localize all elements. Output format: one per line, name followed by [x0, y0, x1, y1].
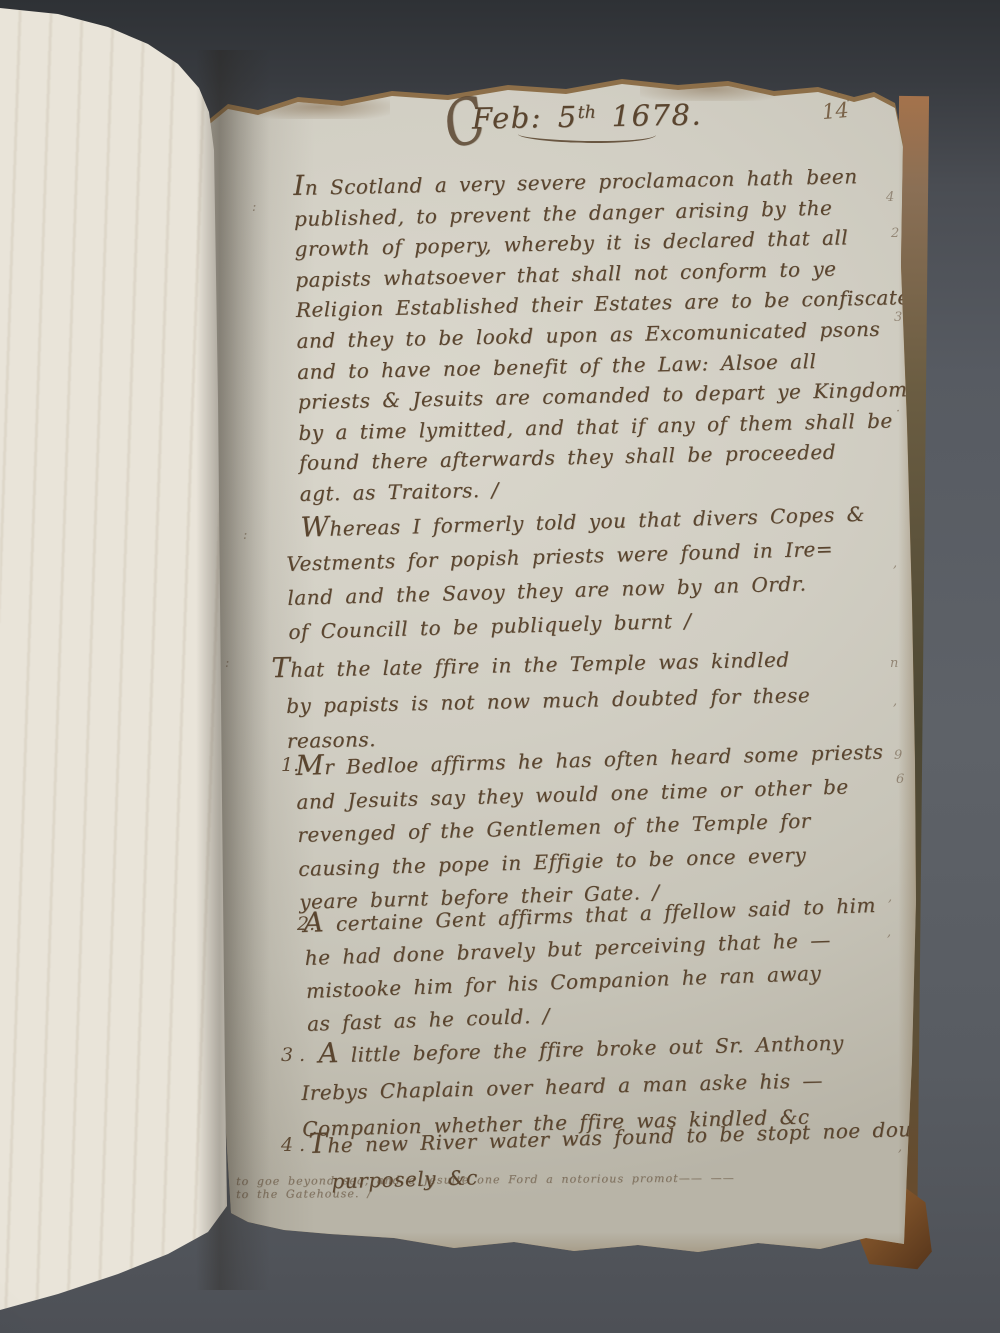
- margin-ink-mark: :: [225, 656, 229, 671]
- margin-ink-mark: ·: [846, 94, 850, 109]
- margin-ink-mark: n: [890, 656, 898, 671]
- margin-ink-mark: ,: [893, 694, 897, 709]
- margin-ink-mark: ,: [887, 925, 891, 940]
- margin-ink-mark: 3: [894, 310, 902, 325]
- paragraph-scotland-proclamation: In Scotland a very severe proclamacon ha…: [293, 158, 927, 510]
- margin-ink-mark: :: [243, 528, 247, 543]
- text-line: to the Gatehouse. /: [236, 1185, 735, 1201]
- margin-ink-mark: 9: [894, 748, 902, 763]
- manuscript-photograph: CFeb: 5th 1678. 14 In Scotland a very se…: [0, 0, 1000, 1333]
- heading-flourish-icon: C: [434, 81, 496, 164]
- margin-ink-mark: ,: [888, 890, 892, 905]
- margin-ink-mark: 4: [886, 190, 894, 205]
- margin-ink-mark: 6: [896, 772, 904, 787]
- bottom-edge-fragments: to goe beyond sea, and a Jesuite one For…: [236, 1173, 735, 1201]
- margin-ink-mark: :: [252, 200, 256, 215]
- margin-ink-mark: 2: [891, 226, 899, 241]
- paragraph-copes-vestments: Whereas I formerly told you that divers …: [285, 495, 868, 649]
- item-text-certaine-gent: A certaine Gent affirms that a ffellow s…: [303, 886, 880, 1041]
- margin-ink-mark: ,: [898, 1140, 902, 1155]
- margin-ink-mark: ·: [836, 86, 840, 101]
- margin-ink-mark: ,: [893, 556, 897, 571]
- item-number-4: 4 .: [281, 1134, 305, 1156]
- margin-ink-mark: ·: [896, 404, 900, 419]
- heading-ordinal: th: [577, 103, 596, 123]
